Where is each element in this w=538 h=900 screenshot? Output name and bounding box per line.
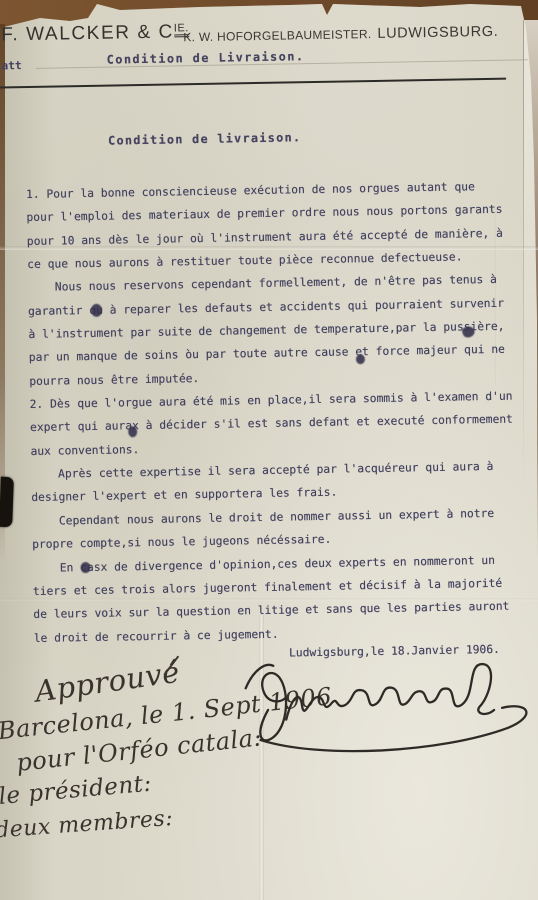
city-text: LUDWIGSBURG. bbox=[377, 24, 498, 42]
page-content: E. F. WALCKER & CIE. K. W. HOFORGELBAUME… bbox=[0, 0, 538, 900]
body-text: 1. Pour la bonne consciencieuse exécutio… bbox=[26, 174, 536, 650]
blatt-label: Blatt bbox=[0, 59, 22, 73]
ink-blot bbox=[80, 562, 90, 573]
ink-blot bbox=[91, 304, 102, 317]
document-title: Condition de livraison. bbox=[108, 130, 301, 147]
walcker-signature: Ef Walcker & Cie bbox=[239, 643, 538, 763]
letterhead-subtitle: K. W. HOFORGELBAUMEISTER. LUDWIGSBURG. bbox=[183, 24, 498, 45]
document-photo: E. F. WALCKER & CIE. K. W. HOFORGELBAUME… bbox=[0, 0, 538, 900]
handwritten-president-line: le président: bbox=[0, 771, 153, 810]
header-rule bbox=[0, 78, 506, 89]
handwritten-members-line: deux membres: bbox=[0, 806, 174, 843]
letterhead-company: E. F. WALCKER & CIE. bbox=[0, 21, 189, 47]
company-name: E. F. WALCKER & C bbox=[0, 21, 174, 45]
ink-blot bbox=[356, 354, 365, 364]
signature-strokes bbox=[239, 643, 538, 763]
hoforgelbaumeister-text: K. W. HOFORGELBAUMEISTER. bbox=[183, 27, 371, 44]
ink-blot bbox=[128, 426, 137, 437]
